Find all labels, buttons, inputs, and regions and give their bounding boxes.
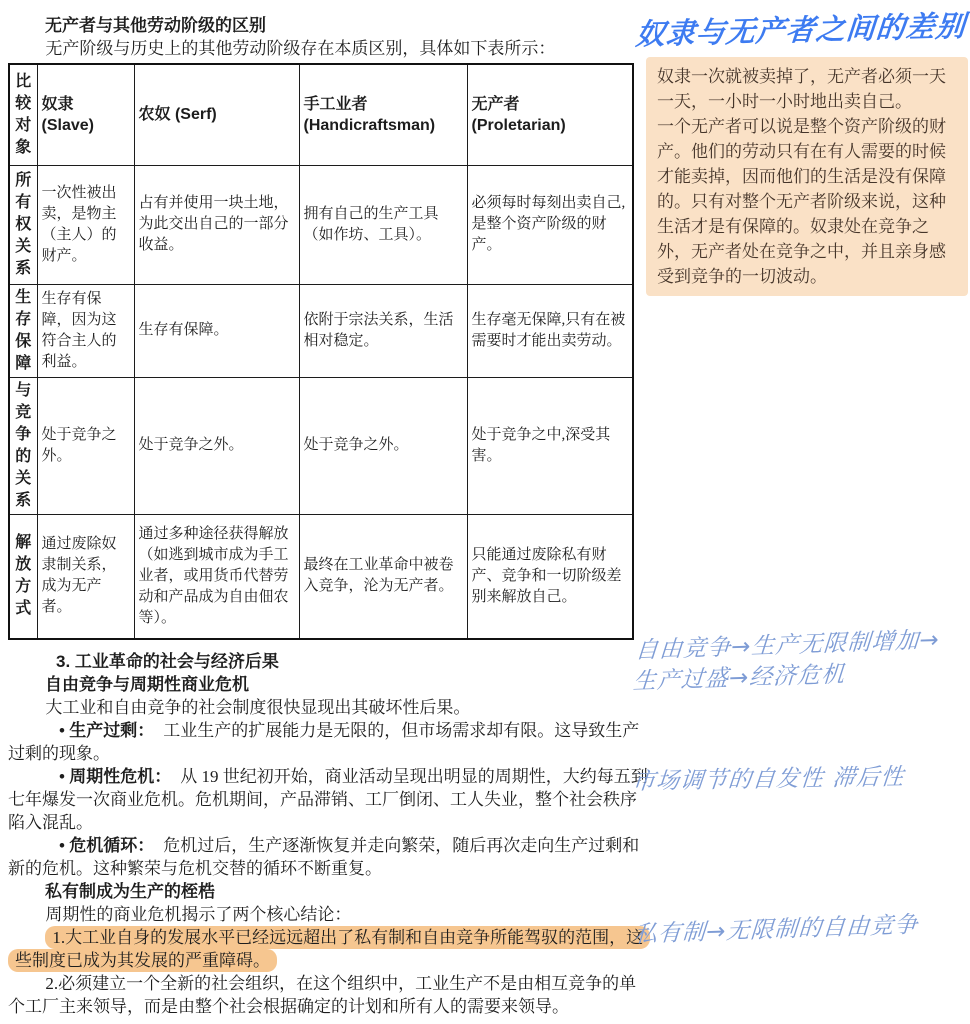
handwritten-title: 奴隶与无产者之间的差别 [634,4,967,54]
table-cell: 处于竞争之外。 [37,377,134,514]
bullet-term: 周期性危机： [69,767,171,786]
table-cell: 生存有保障，因为这符合主人的利益。 [37,284,134,377]
bullet-item: • 周期性危机：从 19 世纪初开始，商业活动呈现出明显的周期性，大约每五到七年… [8,765,652,834]
table-cell: 依附于宗法关系，生活相对稳定。 [299,284,467,377]
section-subheading: 自由竞争与周期性商业危机 [8,673,652,696]
column-header: 手工业者 (Handicraftsman) [299,64,467,165]
section-lead: 大工业和自由竞争的社会制度很快显现出其破坏性后果。 [8,696,652,719]
bullet-item: • 生产过剩：工业生产的扩展能力是无限的，但市场需求却有限。这导致生产过剩的现象… [8,719,652,765]
table-row: 所有权关系一次性被出卖，是物主（主人）的财产。占有并使用一块土地，为此交出自己的… [9,165,633,284]
table-cell: 占有并使用一块土地，为此交出自己的一部分收益。 [134,165,299,284]
conclusion-1: 1.大工业自身的发展水平已经远远超出了私有制和自由竞争所能驾驭的范围，这些制度已… [8,926,652,972]
conclusion-2: 2.必须建立一个全新的社会组织，在这个组织中，工业生产不是由相互竞争的单个工厂主… [8,972,652,1018]
handwritten-note-3: 私有制→无限制的自由竞争 [633,908,970,951]
table-row: 解放方式通过废除奴隶制关系，成为无产者。通过多种途径获得解放（如逃到城市成为手工… [9,514,633,639]
column-header: 农奴 (Serf) [134,64,299,165]
table-cell: 生存毫无保障,只有在被需要时才能出卖劳动。 [467,284,633,377]
column-header: 奴隶 (Slave) [37,64,134,165]
comparison-table: 比较对象奴隶 (Slave)农奴 (Serf)手工业者 (Handicrafts… [8,63,634,640]
row-label: 解放方式 [9,514,37,639]
bullet-marker: • [59,721,69,740]
table-row: 与竞争的关系处于竞争之外。处于竞争之外。处于竞争之外。处于竞争之中,深受其害。 [9,377,633,514]
table-cell: 只能通过废除私有财产、竞争和一切阶级差别来解放自己。 [467,514,633,639]
table-cell: 通过废除奴隶制关系，成为无产者。 [37,514,134,639]
intro-paragraph: 无产阶级与历史上的其他劳动阶级存在本质区别，具体如下表所示： [8,37,652,60]
table-cell: 通过多种途径获得解放（如逃到城市成为手工业者，或用货币代替劳动和产品成为自由佃农… [134,514,299,639]
table-cell: 必须每时每刻出卖自己,是整个资产阶级的财产。 [467,165,633,284]
table-cell: 一次性被出卖，是物主（主人）的财产。 [37,165,134,284]
handwritten-note-1: 自由竞争→生产无限制增加→ 生产过盛→经济危机 [632,624,970,698]
bullet-term: 生产过剩： [69,721,154,740]
table-cell: 生存有保障。 [134,284,299,377]
row-label: 与竞争的关系 [9,377,37,514]
table-cell: 处于竞争之中,深受其害。 [467,377,633,514]
comparison-table-body: 比较对象奴隶 (Slave)农奴 (Serf)手工业者 (Handicrafts… [9,64,633,639]
row-label: 所有权关系 [9,165,37,284]
bullet-marker: • [59,767,69,786]
section-subheading-2: 私有制成为生产的桎梏 [8,880,652,903]
page-title: 无产者与其他劳动阶级的区别 [8,14,652,37]
bullet-list: • 生产过剩：工业生产的扩展能力是无限的，但市场需求却有限。这导致生产过剩的现象… [8,719,652,880]
row-label: 生存保障 [9,284,37,377]
quote-paragraph: 一个无产者可以说是整个资产阶级的财产。他们的劳动只有在有人需要的时候才能卖掉，因… [657,114,957,289]
bullet-item: • 危机循环：危机过后，生产逐渐恢复并走向繁荣，随后再次走向生产过剩和新的危机。… [8,834,652,880]
table-header-row: 比较对象奴隶 (Slave)农奴 (Serf)手工业者 (Handicrafts… [9,64,633,165]
notes-page: 无产者与其他劳动阶级的区别 无产阶级与历史上的其他劳动阶级存在本质区别，具体如下… [0,0,970,1024]
quote-note-box: 奴隶一次就被卖掉了，无产者必须一天一天，一小时一小时地出卖自己。一个无产者可以说… [646,57,968,296]
table-cell: 拥有自己的生产工具（如作坊、工具）。 [299,165,467,284]
section-heading: 3. 工业革命的社会与经济后果 [8,650,652,673]
highlighted-sentence: 1.大工业自身的发展水平已经远远超出了私有制和自由竞争所能驾驭的范围，这些制度已… [8,926,650,972]
table-row: 生存保障生存有保障，因为这符合主人的利益。生存有保障。依附于宗法关系，生活相对稳… [9,284,633,377]
bullet-marker: • [59,836,69,855]
document-body: 无产者与其他劳动阶级的区别 无产阶级与历史上的其他劳动阶级存在本质区别，具体如下… [8,14,652,1018]
table-corner-label: 比较对象 [9,64,37,165]
section-lead-2: 周期性的商业危机揭示了两个核心结论： [8,903,652,926]
table-cell: 处于竞争之外。 [299,377,467,514]
table-cell: 处于竞争之外。 [134,377,299,514]
table-cell: 最终在工业革命中被卷入竞争，沦为无产者。 [299,514,467,639]
handwritten-note-2: 市场调节的自发性 滞后性 [631,761,970,798]
column-header: 无产者 (Proletarian) [467,64,633,165]
bullet-term: 危机循环： [69,836,154,855]
quote-paragraph: 奴隶一次就被卖掉了，无产者必须一天一天，一小时一小时地出卖自己。 [657,64,957,114]
